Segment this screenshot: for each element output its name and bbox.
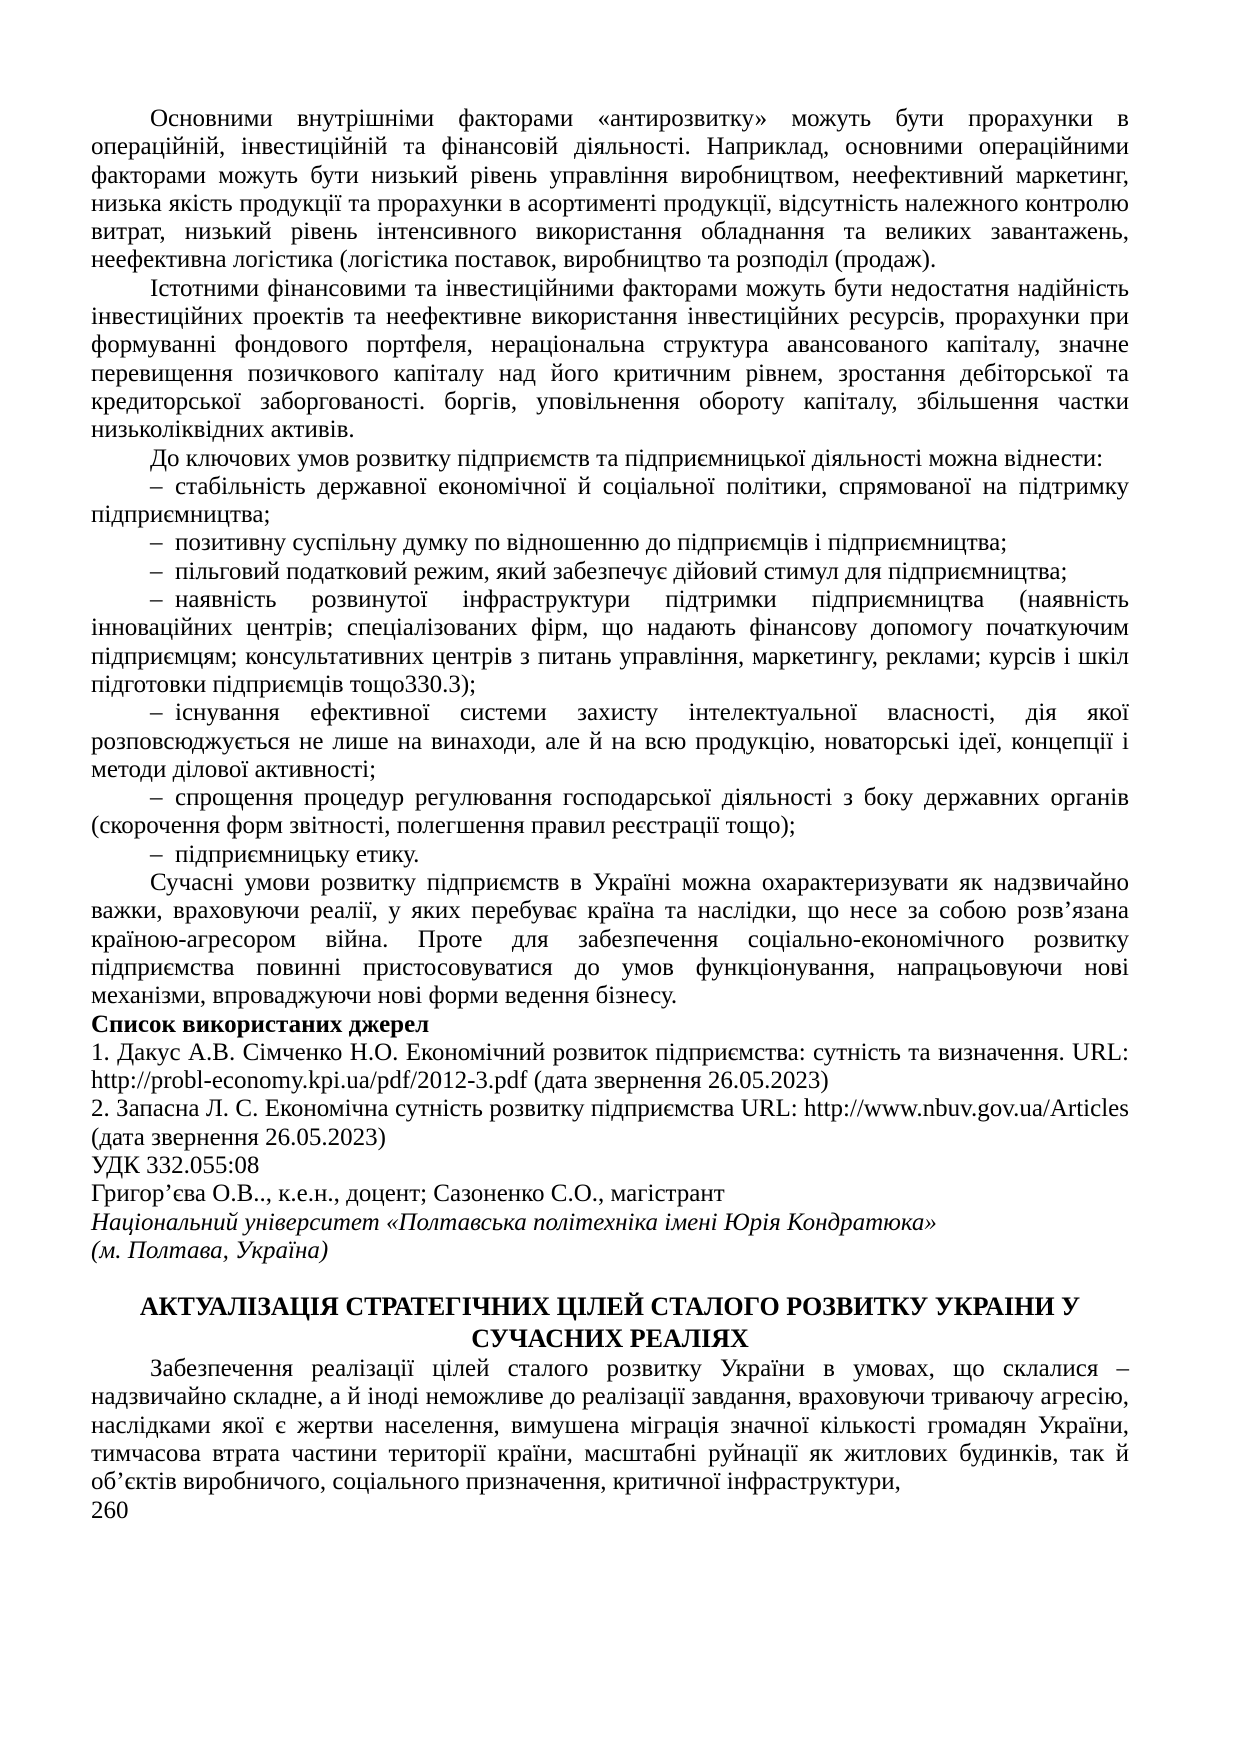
paragraph-internal-factors: Основними внутрішніми факторами «антироз… [91,105,1129,275]
list-item-public-opinion: – позитивну суспільну думку по відношенн… [91,529,1129,557]
list-item-regulation-simplification: – спрощення процедур регулювання господа… [91,784,1129,841]
list-item-tax-regime: – пільговий податковий режим, який забез… [91,558,1129,586]
paragraph-sdg-opening: Забезпечення реалізації цілей сталого ро… [91,1355,1129,1496]
paragraph-key-conditions-intro: До ключових умов розвитку підприємств та… [91,445,1129,473]
article-title-line-1: АКТУАЛІЗАЦІЯ СТРАТЕГІЧНИХ ЦІЛЕЙ СТАЛОГО … [91,1291,1129,1323]
list-item-infrastructure: – наявність розвинутої інфраструктури пі… [91,586,1129,699]
location-line: (м. Полтава, Україна) [91,1237,1129,1265]
reference-item-2: 2. Запасна Л. С. Економічна сутність роз… [91,1095,1129,1152]
article-title: АКТУАЛІЗАЦІЯ СТРАТЕГІЧНИХ ЦІЛЕЙ СТАЛОГО … [91,1291,1129,1355]
authors-line: Григор’єва О.В.., к.е.н., доцент; Сазоне… [91,1180,1129,1208]
reference-item-1: 1. Дакус А.В. Сімченко Н.О. Економічний … [91,1039,1129,1096]
paragraph-modern-conditions: Сучасні умови розвитку підприємств в Укр… [91,869,1129,1010]
paragraph-financial-factors: Істотними фінансовими та інвестиційними … [91,275,1129,445]
list-item-ip-protection: – існування ефективної системи захисту і… [91,699,1129,784]
affiliation-line: Національний університет «Полтавська пол… [91,1209,1129,1237]
references-heading: Список використаних джерел [91,1011,1129,1039]
list-item-stability: – стабільність державної економічної й с… [91,473,1129,530]
udc-code: УДК 332.055:08 [91,1152,1129,1180]
document-page: Основними внутрішніми факторами «антироз… [0,0,1240,1754]
list-item-business-ethics: – підприємницьку етику. [91,841,1129,869]
page-number: 260 [91,1497,1129,1525]
article-title-line-2: СУЧАСНИХ РЕАЛІЯХ [91,1323,1129,1355]
